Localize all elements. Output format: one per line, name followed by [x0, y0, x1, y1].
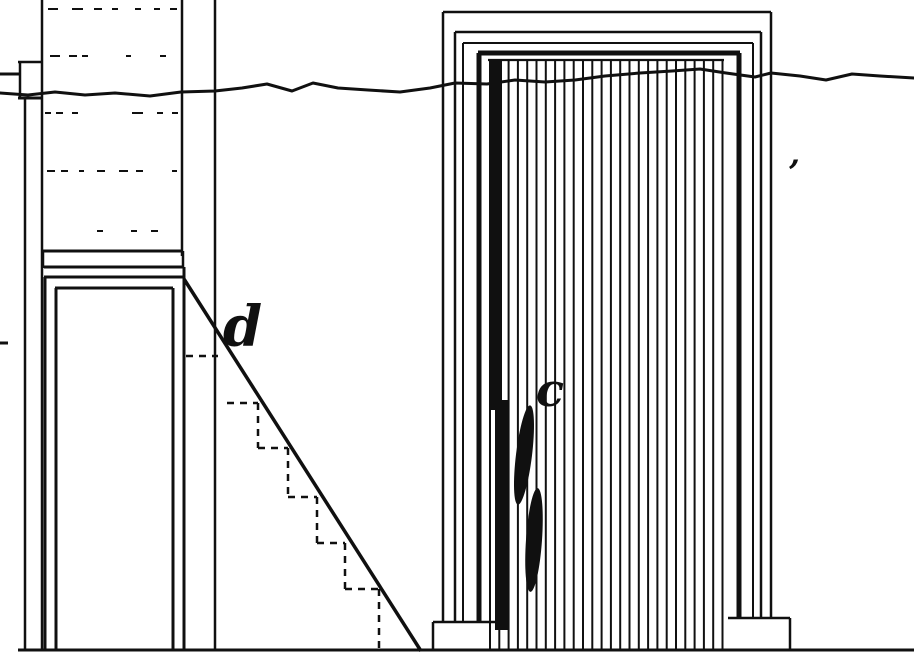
label-d: d [223, 299, 262, 355]
wall-and-frame-lines [0, 0, 914, 651]
tick-mark: ’ [788, 156, 800, 190]
masonry-joint-dashes [45, 9, 178, 231]
engraving-drawing [0, 0, 914, 658]
figure-canvas: d c ’ [0, 0, 914, 658]
door-leaf-hatching [490, 60, 723, 649]
label-c: c [536, 367, 564, 413]
wavy-break-line [0, 69, 914, 96]
